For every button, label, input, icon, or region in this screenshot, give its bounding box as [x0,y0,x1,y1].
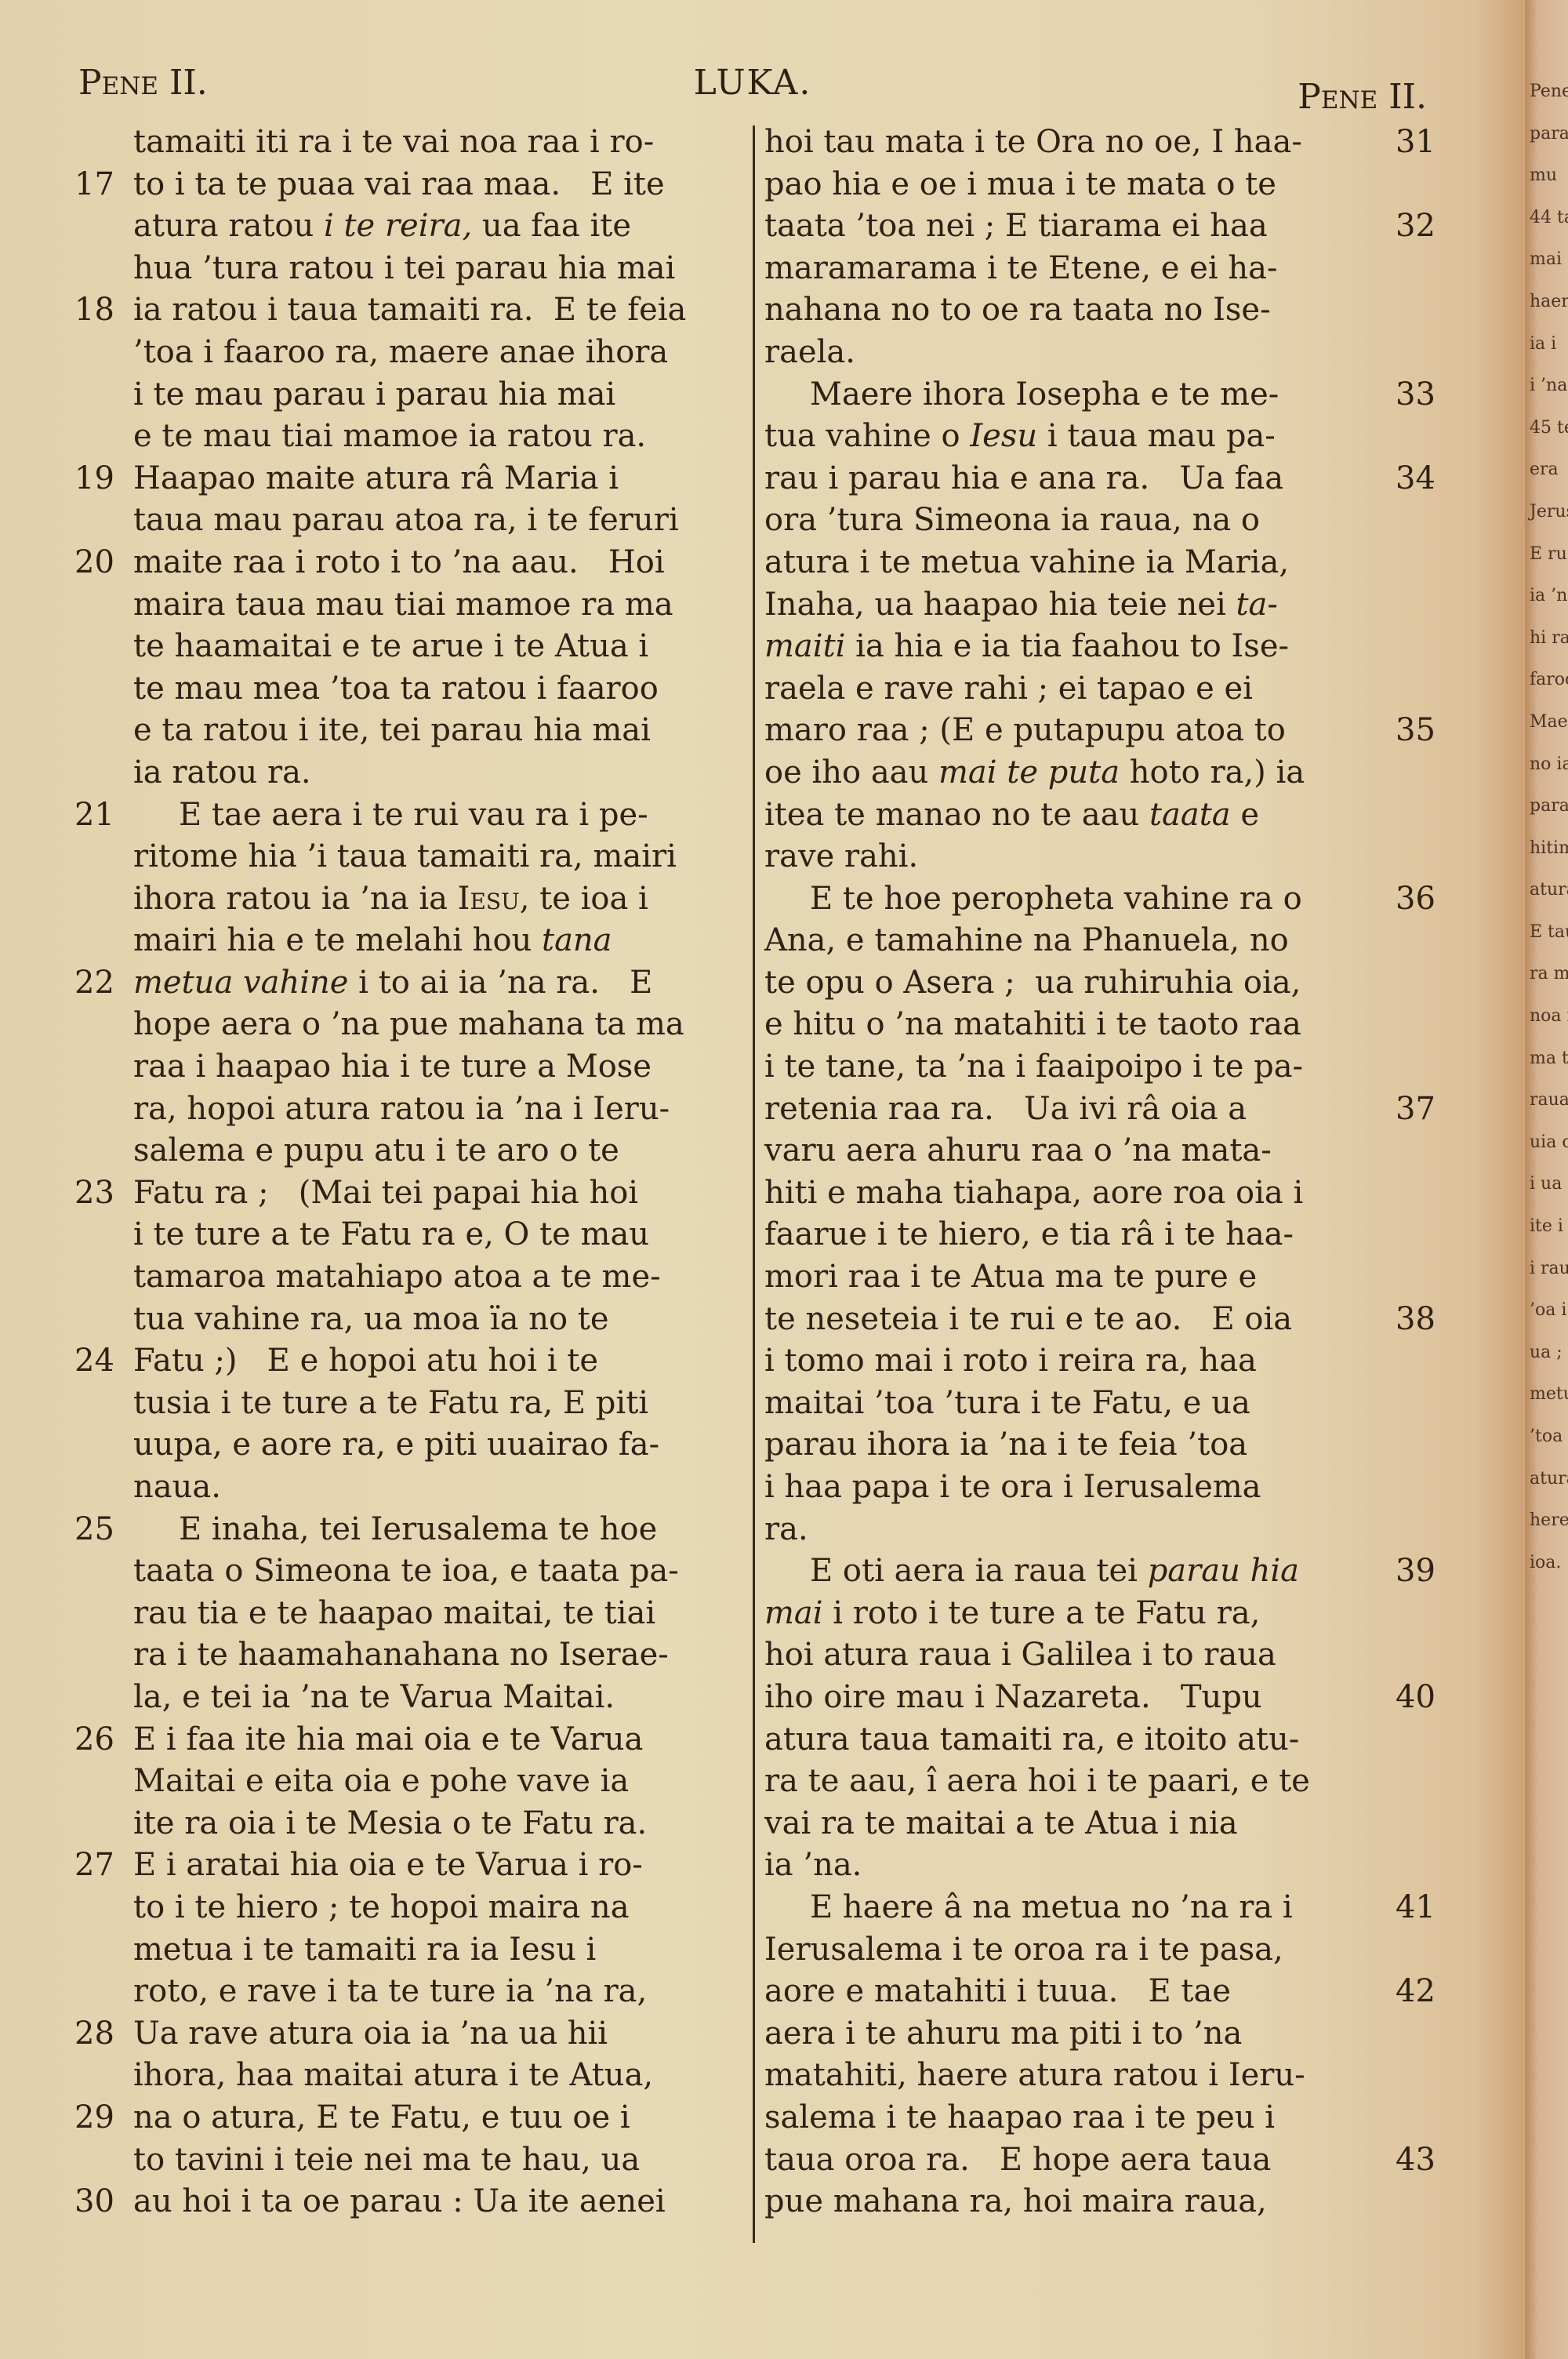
verse-text: salema i te haapao raa i te peu i [764,2097,1275,2139]
text-line: atura ratou i te reira, ua faa ite [74,205,749,248]
edge-text-fragment: ma te [1525,1038,1568,1080]
verse-text: varu aera ahuru raa o ’na mata- [764,1130,1272,1172]
text-line: i te mau parau i parau hia mai [74,374,749,416]
text-line: 40iho oire mau i Nazareta. Tupu [764,1677,1454,1719]
verse-text: na o atura, E te Fatu, e tuu oe i [133,2097,630,2139]
verse-text: Maitai e eita oia e pohe vave ia [133,1761,629,1803]
text-line: 18ia ratou i taua tamaiti ra. E te feia [74,289,749,332]
edge-text-fragment: faroo [1525,659,1568,701]
verse-text: E i faa ite hia mai oia e te Varua [133,1719,643,1761]
text-line: ra, hopoi atura ratou ia ’na i Ieru- [74,1089,749,1131]
text-line: ora ’tura Simeona ia raua, na o [764,500,1454,542]
text-line: uupa, e aore ra, e piti uuairao fa- [74,1424,749,1467]
verse-number: 20 [74,542,114,584]
text-line: oe iho aau mai te puta hoto ra,) ia [764,752,1454,794]
edge-text-fragment: haer [1525,281,1568,323]
verse-text: maro raa ; (E e putapupu atoa to [764,710,1286,752]
running-header: Pene II. LUKA. Pene II. [78,63,1427,125]
verse-text: atura i te metua vahine ia Maria, [764,542,1289,584]
text-line: 20maite raa i roto i to ’na aau. Hoi [74,542,749,584]
text-line: tua vahine o Iesu i taua mau pa- [764,416,1454,458]
text-line: atura taua tamaiti ra, e itoito atu- [764,1719,1454,1761]
text-line: raela e rave rahi ; ei tapao e ei [764,668,1454,711]
verse-number: 37 [1396,1089,1436,1131]
text-line: 42aore e matahiti i tuua. E tae [764,1971,1454,2013]
edge-text-fragment: parau. [1525,785,1568,827]
text-line: i te ture a te Fatu ra e, O te mau [74,1214,749,1256]
text-line: 19Haapao maite atura râ Maria i [74,458,749,500]
verse-text: metua i te tamaiti ra ia Iesu i [133,1929,596,1972]
verse-text: taata ’toa nei ; E tiarama ei haa [764,205,1268,248]
text-line: 17to i ta te puaa vai raa maa. E ite [74,164,749,206]
verse-text: hiti e maha tiahapa, aore roa oia i [764,1172,1303,1215]
verse-number: 17 [74,164,114,206]
text-line: maramarama i te Etene, e ei ha- [764,248,1454,290]
book-title: LUKA. [78,63,1427,103]
verse-text: rave rahi. [764,836,918,878]
edge-text-fragment: uia or [1525,1121,1568,1164]
edge-text-fragment: E ru [1525,533,1568,576]
text-line: faarue i te hiero, e tia râ i te haa- [764,1214,1454,1256]
verse-text: E tae aera i te rui vau ra i pe- [133,794,648,837]
verse-text: rau i parau hia e ana ra. Ua faa [764,458,1283,500]
verse-text: ia ratou i taua tamaiti ra. E te feia [133,289,686,332]
verse-text: tamaiti iti ra i te vai noa raa i ro- [133,122,654,164]
verse-number: 27 [74,1845,114,1887]
verse-text: aore e matahiti i tuua. E tae [764,1971,1231,2013]
edge-text-fragment: i raua [1525,1248,1568,1290]
edge-text-fragment: ’oa i [1525,1289,1568,1332]
text-line: ihora, haa maitai atura i te Atua, [74,2055,749,2097]
text-line: tusia i te ture a te Fatu ra, E piti [74,1383,749,1425]
text-line: 27E i aratai hia oia e te Varua i ro- [74,1845,749,1887]
text-line: 34rau i parau hia e ana ra. Ua faa [764,458,1454,500]
text-line: 30au hoi i ta oe parau : Ua ite aenei [74,2181,749,2223]
verse-number: 33 [1396,374,1436,416]
text-line: rau tia e te haapao maitai, te tiai [74,1593,749,1635]
text-line: Ana, e tamahine na Phanuela, no [764,920,1454,962]
text-line: Inaha, ua haapao hia teie nei ta- [764,584,1454,627]
verse-number: 30 [74,2181,114,2223]
verse-number: 32 [1396,205,1436,248]
verse-text: maiti ia hia e ia tia faahou to Ise- [764,626,1289,668]
verse-text: te haamaitai e te arue i te Atua i [133,626,648,668]
edge-text-fragment: hitima [1525,827,1568,870]
verse-text: metua vahine i to ai ia ’na ra. E [133,962,652,1005]
verse-text: Fatu ;) E e hopoi atu hoi i te [133,1340,598,1383]
verse-text: pao hia e oe i mua i te mata o te [764,164,1276,206]
verse-number: 39 [1396,1550,1436,1593]
verse-text: salema e pupu atu i te aro o te [133,1130,619,1172]
verse-text: ihora, haa maitai atura i te Atua, [133,2055,653,2097]
text-line: mairi hia e te melahi hou tana [74,920,749,962]
text-line: atura i te metua vahine ia Maria, [764,542,1454,584]
verse-text: atura taua tamaiti ra, e itoito atu- [764,1719,1299,1761]
verse-text: ia ratou ra. [133,752,311,794]
verse-text: ora ’tura Simeona ia raua, na o [764,500,1260,542]
text-line: Maitai e eita oia e pohe vave ia [74,1761,749,1803]
text-line: aera i te ahuru ma piti i to ’na [764,2013,1454,2055]
edge-text-fragment: ra mai [1525,953,1568,995]
edge-text-fragment: 45 te m [1525,407,1568,449]
text-line: raa i haapao hia i te ture a Mose [74,1046,749,1089]
text-line: roto, e rave i ta te ture ia ’na ra, [74,1971,749,2013]
text-line: 23Fatu ra ; (Mai tei papai hia hoi [74,1172,749,1215]
verse-text: Haapao maite atura râ Maria i [133,458,619,500]
text-line: e ta ratou i ite, tei parau hia mai [74,710,749,752]
verse-text: ritome hia ’i taua tamaiti ra, mairi [133,836,677,878]
verse-text: tamaroa matahiapo atoa a te me- [133,1256,661,1299]
column-divider [753,125,755,2243]
verse-text: Ua rave atura oia ia ’na ua hii [133,2013,608,2055]
text-line: i tomo mai i roto i reira ra, haa [764,1340,1454,1383]
verse-text: i te tane, ta ’na i faaipoipo i te pa- [764,1046,1303,1089]
text-line: varu aera ahuru raa o ’na mata- [764,1130,1454,1172]
verse-number: 43 [1396,2139,1436,2182]
text-line: 39E oti aera ia raua tei parau hia [764,1550,1454,1593]
text-line: raela. [764,332,1454,374]
verse-text: to i ta te puaa vai raa maa. E ite [133,164,665,206]
verse-text: te mau mea ’toa ta ratou i faaroo [133,668,659,711]
verse-number: 19 [74,458,114,500]
verse-text: mori raa i te Atua ma te pure e [764,1256,1257,1299]
verse-text: au hoi i ta oe parau : Ua ite aenei [133,2181,666,2223]
edge-text-fragment: metua [1525,1373,1568,1416]
text-line: 21E tae aera i te rui vau ra i pe- [74,794,749,837]
text-line: 31hoi tau mata i te Ora no oe, I haa- [764,122,1454,164]
text-line: tamaiti iti ra i te vai noa raa i ro- [74,122,749,164]
verse-text: Ana, e tamahine na Phanuela, no [764,920,1289,962]
edge-text-fragment: hi ra [1525,617,1568,660]
verse-text: hua ’tura ratou i tei parau hia mai [133,248,675,290]
edge-text-fragment: Jerus [1525,491,1568,533]
verse-number: 34 [1396,458,1436,500]
text-line: rave rahi. [764,836,1454,878]
text-line: tua vahine ra, ua moa ïa no te [74,1299,749,1341]
verse-text: E haere â na metua no ’na ra i [764,1887,1293,1929]
verse-text: rau tia e te haapao maitai, te tiai [133,1593,655,1635]
text-line: itea te manao no te aau taata e [764,794,1454,837]
text-line: salema i te haapao raa i te peu i [764,2097,1454,2139]
edge-text-fragment: 44 tana [1525,197,1568,239]
text-line: 25E inaha, tei Ierusalema te hoe [74,1509,749,1551]
text-line: ra te aau, î aera hoi i te paari, e te [764,1761,1454,1803]
verse-number: 18 [74,289,114,332]
text-line: metua i te tamaiti ra ia Iesu i [74,1929,749,1972]
text-line: i haa papa i te ora i Ierusalema [764,1467,1454,1509]
book-page: Pene II. LUKA. Pene II. tamaiti iti ra i… [0,0,1521,2359]
text-line: i te tane, ta ’na i faaipoipo i te pa- [764,1046,1454,1089]
verse-text: taata o Simeona te ioa, e taata pa- [133,1550,679,1593]
text-line: te mau mea ’toa ta ratou i faaroo [74,668,749,711]
text-line: taata o Simeona te ioa, e taata pa- [74,1550,749,1593]
verse-number: 23 [74,1172,114,1215]
verse-text: parau ihora ia ’na i te feia ’toa [764,1424,1247,1467]
text-line: pue mahana ra, hoi maira raua, [764,2181,1454,2223]
text-line: ’toa i faaroo ra, maere anae ihora [74,332,749,374]
edge-text-fragment: i ua me [1525,1163,1568,1205]
text-line: naua. [74,1467,749,1509]
verse-text: Maere ihora Iosepha e te me- [764,374,1279,416]
text-line: ite ra oia i te Mesia o te Fatu ra. [74,1803,749,1845]
text-line: 29na o atura, E te Fatu, e tuu oe i [74,2097,749,2139]
verse-text: ’toa i faaroo ra, maere anae ihora [133,332,668,374]
verse-text: maramarama i te Etene, e ei ha- [764,248,1277,290]
verse-text: tua vahine o Iesu i taua mau pa- [764,416,1276,458]
verse-text: aera i te ahuru ma piti i to ’na [764,2013,1242,2055]
text-line: ihora ratou ia ’na ia Iesu, te ioa i [74,878,749,921]
edge-text-fragment: para [1525,113,1568,155]
verse-number: 29 [74,2097,114,2139]
verse-text: i te mau parau i parau hia mai [133,374,615,416]
text-line: mai i roto i te ture a te Fatu ra, [764,1593,1454,1635]
text-line: parau ihora ia ’na i te feia ’toa [764,1424,1454,1467]
verse-number: 31 [1396,122,1436,164]
edge-text-fragment: E tau [1525,911,1568,954]
verse-text: E i aratai hia oia e te Varua i ro- [133,1845,643,1887]
text-line: maiti ia hia e ia tia faahou to Ise- [764,626,1454,668]
verse-text: E inaha, tei Ierusalema te hoe [133,1509,657,1551]
verse-text: e ta ratou i ite, tei parau hia mai [133,710,651,752]
text-line: 37retenia raa ra. Ua ivi râ oia a [764,1089,1454,1131]
text-line: 43taua oroa ra. E hope aera taua [764,2139,1454,2182]
edge-text-fragment: no ia [1525,743,1568,786]
edge-text-fragment: raua, [1525,1079,1568,1121]
verse-text: ite ra oia i te Mesia o te Fatu ra. [133,1803,647,1845]
verse-number: 22 [74,962,114,1005]
next-page-edge: Peneparamu44 tanamaihaeria ii ’na45 te m… [1525,0,1568,2359]
text-line: e hitu o ’na matahiti i te taoto raa [764,1004,1454,1046]
verse-text: uupa, e aore ra, e piti uuairao fa- [133,1424,659,1467]
edge-text-fragment: Pene [1525,71,1568,113]
left-text-column: tamaiti iti ra i te vai noa raa i ro-17t… [74,122,749,2223]
text-line: e te mau tiai mamoe ia ratou ra. [74,416,749,458]
edge-text-fragment: ua ; [1525,1332,1568,1374]
verse-text: maitai ’toa ’tura i te Fatu, e ua [764,1383,1250,1425]
verse-text: itea te manao no te aau taata e [764,794,1259,837]
text-line: 41E haere â na metua no ’na ra i [764,1887,1454,1929]
chapter-label-right: Pene II. [1298,77,1427,117]
verse-text: to i te hiero ; te hopoi maira na [133,1887,630,1929]
verse-text: tusia i te ture a te Fatu ra, E piti [133,1383,648,1425]
verse-text: E oti aera ia raua tei parau hia [764,1550,1299,1593]
text-line: taua mau parau atoa ra, i te feruri [74,500,749,542]
text-line: 28Ua rave atura oia ia ’na ua hii [74,2013,749,2055]
verse-text: tua vahine ra, ua moa ïa no te [133,1299,609,1341]
verse-text: nahana no to oe ra taata no Ise- [764,289,1271,332]
verse-number: 26 [74,1719,114,1761]
edge-text-fragment: mai [1525,238,1568,281]
verse-text: i te ture a te Fatu ra e, O te mau [133,1214,649,1256]
verse-number: 41 [1396,1887,1436,1929]
verse-text: i haa papa i te ora i Ierusalema [764,1467,1261,1509]
verse-text: hope aera o ’na pue mahana ta ma [133,1004,684,1046]
edge-text-fragment: ’toa ra [1525,1416,1568,1458]
verse-text: Ierusalema i te oroa ra i te pasa, [764,1929,1283,1972]
text-line: hoi atura raua i Galilea i to raua [764,1634,1454,1677]
text-line: Ierusalema i te oroa ra i te pasa, [764,1929,1454,1972]
text-line: tamaroa matahiapo atoa a te me- [74,1256,749,1299]
verse-text: faarue i te hiero, e tia râ i te haa- [764,1214,1294,1256]
verse-text: iho oire mau i Nazareta. Tupu [764,1677,1262,1719]
text-line: ia ratou ra. [74,752,749,794]
verse-text: roto, e rave i ta te ture ia ’na ra, [133,1971,647,2013]
text-line: 26E i faa ite hia mai oia e te Varua [74,1719,749,1761]
edge-text-fragment: noa na [1525,995,1568,1038]
verse-text: taua mau parau atoa ra, i te feruri [133,500,679,542]
verse-text: te neseteia i te rui e te ao. E oia [764,1299,1292,1341]
text-line: ra. [764,1509,1454,1551]
verse-text: taua oroa ra. E hope aera taua [764,2139,1271,2182]
verse-number: 24 [74,1340,114,1383]
text-line: to i te hiero ; te hopoi maira na [74,1887,749,1929]
verse-text: maite raa i roto i to ’na aau. Hoi [133,542,665,584]
right-text-column: 31hoi tau mata i te Ora no oe, I haa-pao… [764,122,1454,2223]
verse-text: raa i haapao hia i te ture a Mose [133,1046,652,1089]
text-line: vai ra te maitai a te Atua i nia [764,1803,1454,1845]
verse-number: 38 [1396,1299,1436,1341]
verse-text: raela. [764,332,855,374]
verse-text: e hitu o ’na matahiti i te taoto raa [764,1004,1301,1046]
verse-text: i tomo mai i roto i reira ra, haa [764,1340,1257,1383]
text-line: maira taua mau tiai mamoe ra ma [74,584,749,627]
text-line: 36E te hoe peropheta vahine ra o [764,878,1454,921]
text-line: 33Maere ihora Iosepha e te me- [764,374,1454,416]
verse-text: la, e tei ia ’na te Varua Maitai. [133,1677,615,1719]
verse-text: to tavini i teie nei ma te hau, ua [133,2139,640,2182]
verse-text: raela e rave rahi ; ei tapao e ei [764,668,1253,711]
edge-text-fragment: i ’na [1525,365,1568,407]
edge-text-fragment: here h [1525,1499,1568,1542]
verse-number: 25 [74,1509,114,1551]
text-line: nahana no to oe ra taata no Ise- [764,289,1454,332]
text-line: 32taata ’toa nei ; E tiarama ei haa [764,205,1454,248]
text-line: to tavini i teie nei ma te hau, ua [74,2139,749,2182]
text-line: hope aera o ’na pue mahana ta ma [74,1004,749,1046]
edge-text-fragment: Maere [1525,701,1568,743]
verse-number: 21 [74,794,114,837]
verse-number: 35 [1396,710,1436,752]
text-line: ritome hia ’i taua tamaiti ra, mairi [74,836,749,878]
verse-text: atura ratou i te reira, ua faa ite [133,205,631,248]
verse-text: ra i te haamahanahana no Iserae- [133,1634,669,1677]
text-line: 22metua vahine i to ai ia ’na ra. E [74,962,749,1005]
text-line: maitai ’toa ’tura i te Fatu, e ua [764,1383,1454,1425]
edge-text-fragment: mu [1525,154,1568,197]
text-line: te haamaitai e te arue i te Atua i [74,626,749,668]
text-line: ia ’na. [764,1845,1454,1887]
verse-text: retenia raa ra. Ua ivi râ oia a [764,1089,1247,1131]
edge-text-fragment: atura [1525,869,1568,911]
verse-text: E te hoe peropheta vahine ra o [764,878,1302,921]
verse-text: Inaha, ua haapao hia teie nei ta- [764,584,1278,627]
text-line: 35maro raa ; (E e putapupu atoa to [764,710,1454,752]
verse-text: e te mau tiai mamoe ia ratou ra. [133,416,646,458]
verse-text: maira taua mau tiai mamoe ra ma [133,584,673,627]
edge-text-fragment: ioa. [1525,1542,1568,1584]
verse-text: naua. [133,1467,221,1509]
verse-text: matahiti, haere atura ratou i Ieru- [764,2055,1305,2097]
verse-text: ra te aau, î aera hoi i te paari, e te [764,1761,1310,1803]
text-line: ra i te haamahanahana no Iserae- [74,1634,749,1677]
verse-number: 36 [1396,878,1436,921]
verse-number: 40 [1396,1677,1436,1719]
verse-text: hoi atura raua i Galilea i to raua [764,1634,1276,1677]
text-line: hua ’tura ratou i tei parau hia mai [74,248,749,290]
edge-text-fragment: ia ’na [1525,575,1568,617]
verse-text: ra. [764,1509,808,1551]
text-line: mori raa i te Atua ma te pure e [764,1256,1454,1299]
text-line: salema e pupu atu i te aro o te [74,1130,749,1172]
verse-number: 42 [1396,1971,1436,2013]
verse-text: Fatu ra ; (Mai tei papai hia hoi [133,1172,638,1215]
verse-text: vai ra te maitai a te Atua i nia [764,1803,1238,1845]
text-line: hiti e maha tiahapa, aore roa oia i [764,1172,1454,1215]
text-line: la, e tei ia ’na te Varua Maitai. [74,1677,749,1719]
text-line: pao hia e oe i mua i te mata o te [764,164,1454,206]
edge-text-fragment: atura I [1525,1458,1568,1500]
edge-text-fragment: ia i [1525,323,1568,365]
verse-text: ia ’na. [764,1845,862,1887]
text-line: 38te neseteia i te rui e te ao. E oia [764,1299,1454,1341]
verse-text: hoi tau mata i te Ora no oe, I haa- [764,122,1302,164]
verse-number: 28 [74,2013,114,2055]
verse-text: mai i roto i te ture a te Fatu ra, [764,1593,1260,1635]
edge-text-fragment: era [1525,449,1568,491]
verse-text: pue mahana ra, hoi maira raua, [764,2181,1267,2223]
text-line: 24Fatu ;) E e hopoi atu hoi i te [74,1340,749,1383]
edge-text-fragment: ite i [1525,1205,1568,1248]
text-line: matahiti, haere atura ratou i Ieru- [764,2055,1454,2097]
verse-text: ra, hopoi atura ratou ia ’na i Ieru- [133,1089,670,1131]
verse-text: mairi hia e te melahi hou tana [133,920,612,962]
text-line: te opu o Asera ; ua ruhiruhia oia, [764,962,1454,1005]
verse-text: ihora ratou ia ’na ia Iesu, te ioa i [133,878,648,921]
verse-text: oe iho aau mai te puta hoto ra,) ia [764,752,1305,794]
verse-text: te opu o Asera ; ua ruhiruhia oia, [764,962,1301,1005]
